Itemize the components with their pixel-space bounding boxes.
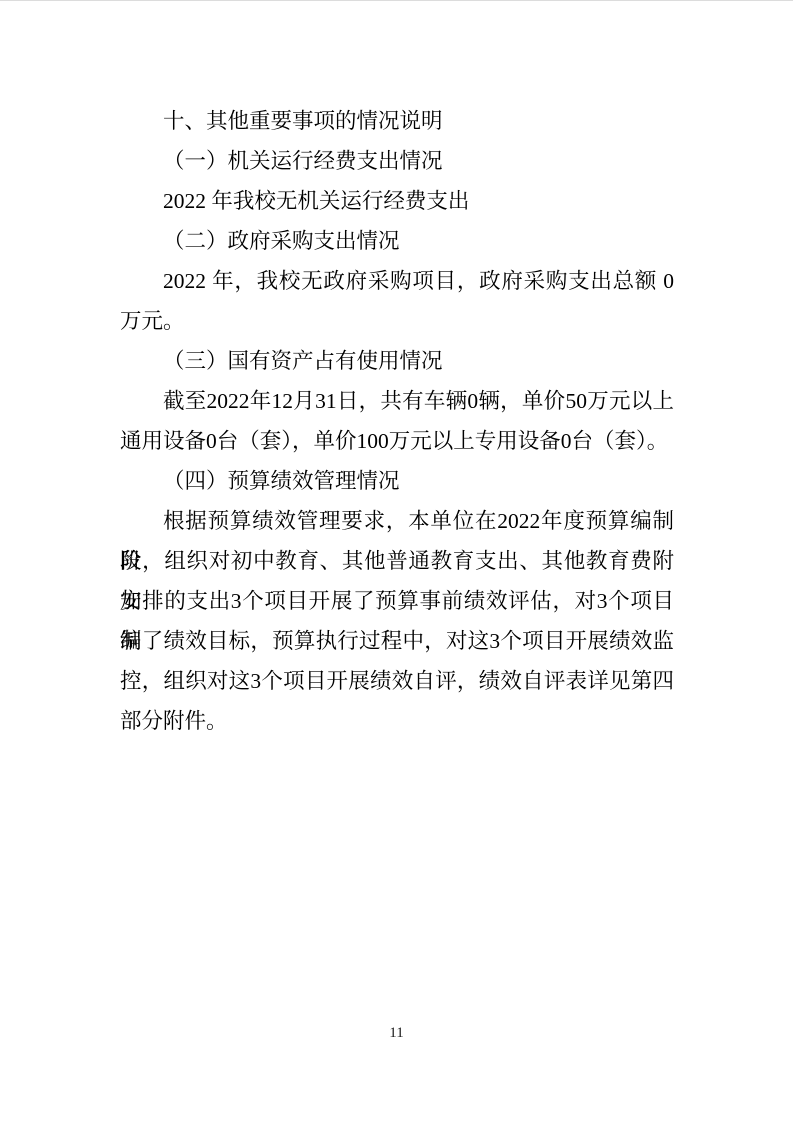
text-line: （二）政府采购支出情况 [120,221,674,261]
text-line: 十、其他重要事项的情况说明 [120,101,674,141]
text-line: 截至2022年12月31日，共有车辆0辆，单价50万元以上 [120,381,674,421]
text-line: 控，组织对这3个项目开展绩效自评，绩效自评表详见第四 [120,661,674,701]
page-number: 11 [0,1023,793,1043]
text-line: 通用设备0台（套），单价100万元以上专用设备0台（套）。 [120,421,674,461]
text-line: 根据预算绩效管理要求，本单位在2022年度预算编制阶 [120,501,674,541]
text-line: 2022 年，我校无政府采购项目，政府采购支出总额 0 [120,261,674,301]
text-line: （三）国有资产占有使用情况 [120,341,674,381]
text-line: 安排的支出3个项目开展了预算事前绩效评估，对3个项目编 [120,581,674,621]
document-body: 十、其他重要事项的情况说明（一）机关运行经费支出情况2022 年我校无机关运行经… [120,101,674,741]
text-line: 制了绩效目标，预算执行过程中，对这3个项目开展绩效监 [120,621,674,661]
document-page: 十、其他重要事项的情况说明（一）机关运行经费支出情况2022 年我校无机关运行经… [0,0,793,1122]
text-line: （四）预算绩效管理情况 [120,461,674,501]
text-line: 段，组织对初中教育、其他普通教育支出、其他教育费附加 [120,541,674,581]
text-line: 部分附件。 [120,701,674,741]
text-line: 万元。 [120,301,674,341]
text-line: 2022 年我校无机关运行经费支出 [120,181,674,221]
text-line: （一）机关运行经费支出情况 [120,141,674,181]
